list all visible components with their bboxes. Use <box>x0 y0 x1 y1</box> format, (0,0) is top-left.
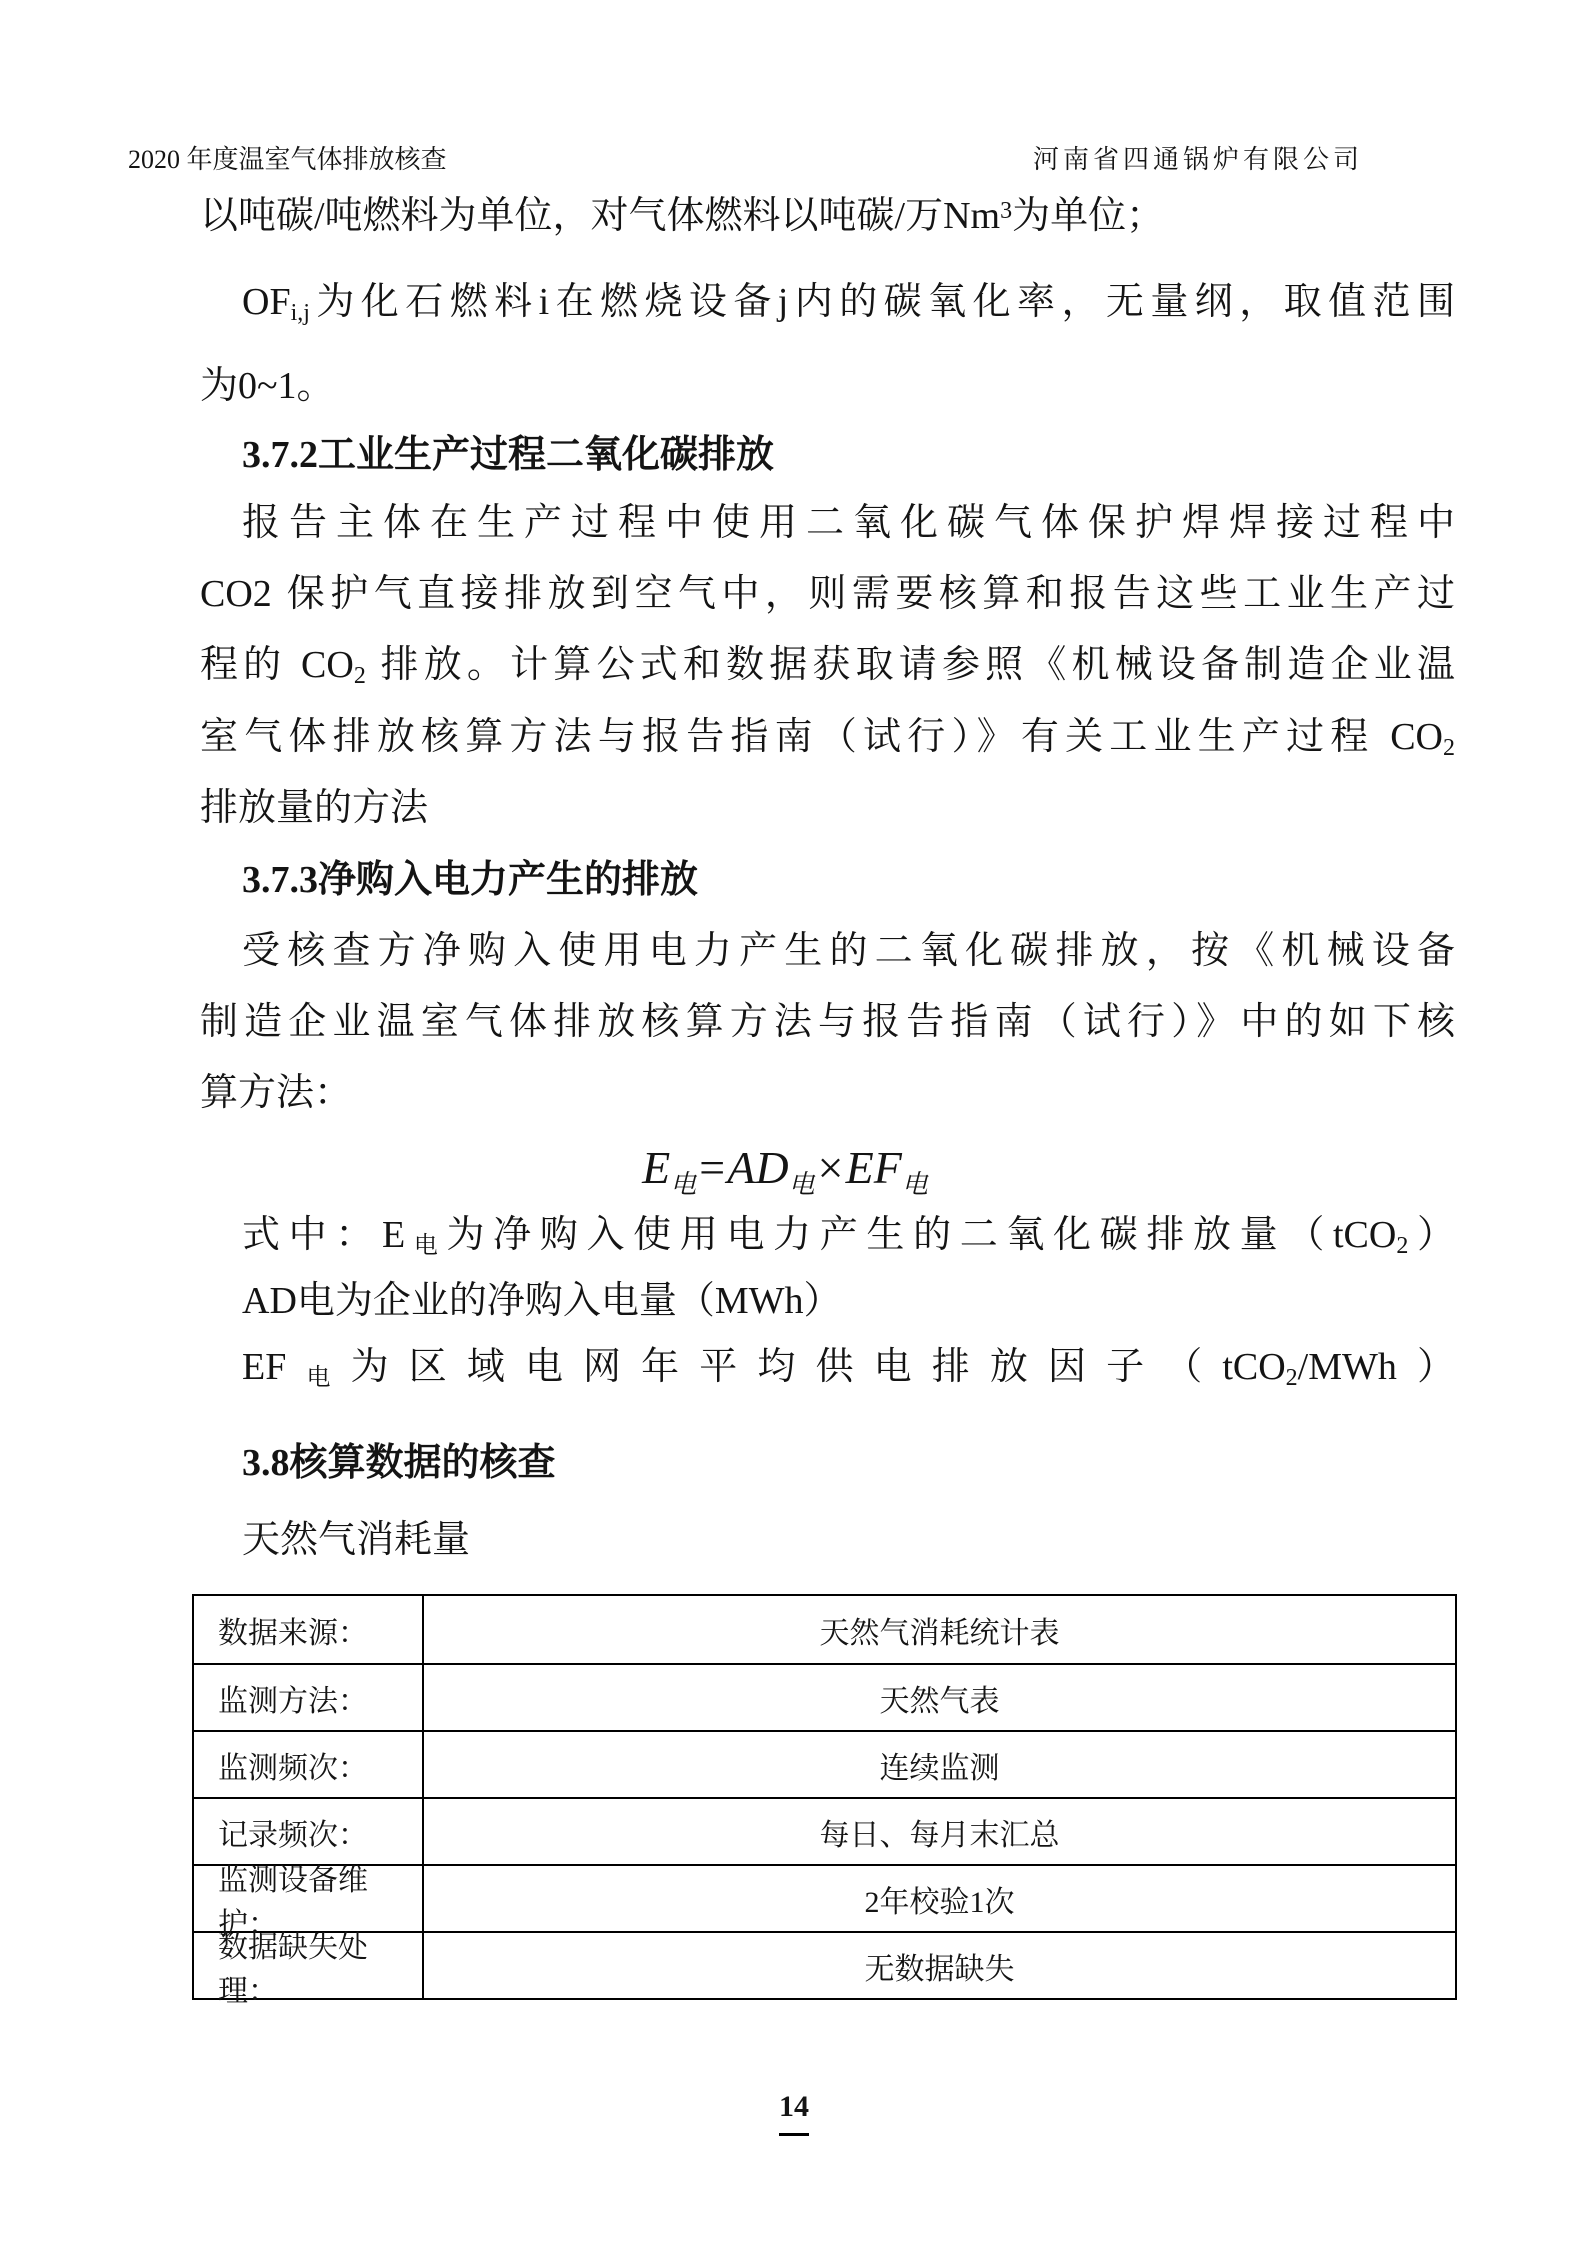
row-label: 监测方法： <box>194 1665 424 1730</box>
formula-term: E <box>642 1142 670 1193</box>
paragraph-line: 程的 CO2 排放。计算公式和数据获取请参照《机械设备制造企业温 <box>200 637 1455 693</box>
row-label: 数据来源： <box>194 1596 424 1663</box>
table-row: 监测频次： 连续监测 <box>194 1730 1455 1797</box>
row-label: 数据缺失处理： <box>194 1933 424 1998</box>
text-run: 程的 CO <box>200 644 354 686</box>
subscript: i,j <box>291 300 310 326</box>
formula-electricity-emission: E电=AD电×EF电 <box>200 1136 1370 1200</box>
page-number-rule <box>779 2133 809 2136</box>
paragraph-line: OFi,j为化石燃料i在燃烧设备j内的碳氧化率，无量纲，取值范围 <box>242 274 1455 330</box>
superscript: 3 <box>1000 198 1012 224</box>
subscript: 电 <box>902 1170 928 1199</box>
row-label: 监测频次： <box>194 1732 424 1797</box>
text-run: ） <box>1408 1214 1455 1256</box>
paragraph-line: 为0~1。 <box>200 358 1455 414</box>
paragraph-line: 算方法： <box>200 1065 1455 1121</box>
subscript: 2 <box>1396 1233 1408 1259</box>
text-run: 为单位； <box>1012 195 1164 237</box>
paragraph-line: 以吨碳/吨燃料为单位，对气体燃料以吨碳/万Nm3为单位； <box>200 188 1455 244</box>
row-value: 天然气表 <box>424 1665 1455 1730</box>
section-heading-38: 3.8核算数据的核查 <box>242 1435 1455 1491</box>
text-run: 为区域电网年平均供电排放因子（tCO <box>351 1346 1286 1388</box>
formula-term: EF <box>846 1142 902 1193</box>
text-run: OF <box>242 281 291 323</box>
subscript: 2 <box>354 663 366 689</box>
paragraph-line: 排放量的方法 <box>200 780 1455 836</box>
row-value: 每日、每月末汇总 <box>424 1799 1455 1864</box>
header-right: 河南省四通锅炉有限公司 <box>1033 142 1363 178</box>
paragraph-line: 制造企业温室气体排放核算方法与报告指南（试行）》中的如下核 <box>200 994 1455 1050</box>
text-run: /MWh） <box>1298 1346 1455 1388</box>
paragraph-line: CO2 保护气直接排放到空气中，则需要核算和报告这些工业生产过 <box>200 566 1455 622</box>
page-number: 14 <box>0 2090 1588 2124</box>
row-value: 连续监测 <box>424 1732 1455 1797</box>
paragraph-line: 式中：E电为净购入使用电力产生的二氧化碳排放量（tCO2） <box>242 1207 1455 1263</box>
subscript: 电 <box>789 1170 815 1199</box>
subscript: 电 <box>670 1170 696 1199</box>
paragraph-line: AD电为企业的净购入电量（MWh） <box>242 1273 1455 1329</box>
subscript: 电 <box>405 1233 446 1259</box>
paragraph-line: EF电为区域电网年平均供电排放因子（tCO2/MWh） <box>242 1339 1455 1395</box>
table-row: 数据缺失处理： 无数据缺失 <box>194 1931 1455 1998</box>
section-heading-373: 3.7.3净购入电力产生的排放 <box>242 852 1455 908</box>
text-run: EF <box>242 1346 286 1388</box>
row-value: 2年校验1次 <box>424 1866 1455 1931</box>
paragraph-line: 受核查方净购入使用电力产生的二氧化碳排放，按《机械设备 <box>242 923 1455 979</box>
row-value: 天然气消耗统计表 <box>424 1596 1455 1663</box>
formula-operator: × <box>815 1142 846 1193</box>
subscript: 2 <box>1443 735 1455 761</box>
formula-operator: = <box>696 1142 727 1193</box>
subscript: 2 <box>1286 1365 1298 1391</box>
header-left: 2020 年度温室气体排放核查 <box>128 142 447 178</box>
formula-term: AD <box>727 1142 788 1193</box>
text-run: 排放。计算公式和数据获取请参照《机械设备制造企业温 <box>366 644 1455 686</box>
subscript: 电 <box>286 1365 350 1391</box>
paragraph-line: 报告主体在生产过程中使用二氧化碳气体保护焊焊接过程中 <box>242 495 1455 551</box>
text-run: 室气体排放核算方法与报告指南（试行）》有关工业生产过程 CO <box>200 716 1443 758</box>
natural-gas-data-table: 数据来源： 天然气消耗统计表 监测方法： 天然气表 监测频次： 连续监测 记录频… <box>192 1594 1457 2000</box>
table-row: 数据来源： 天然气消耗统计表 <box>194 1596 1455 1663</box>
row-value: 无数据缺失 <box>424 1933 1455 1998</box>
section-heading-372: 3.7.2工业生产过程二氧化碳排放 <box>242 427 1455 483</box>
table-row: 监测方法： 天然气表 <box>194 1663 1455 1730</box>
text-run: 以吨碳/吨燃料为单位，对气体燃料以吨碳/万Nm <box>200 195 1000 237</box>
text-run: 为净购入使用电力产生的二氧化碳排放量（tCO <box>447 1214 1397 1256</box>
text-run: 为化石燃料i在燃烧设备j内的碳氧化率，无量纲，取值范围 <box>310 281 1455 323</box>
text-run: 式中：E <box>242 1214 405 1256</box>
paragraph-line: 室气体排放核算方法与报告指南（试行）》有关工业生产过程 CO2 <box>200 709 1455 765</box>
table-title: 天然气消耗量 <box>242 1512 1455 1568</box>
